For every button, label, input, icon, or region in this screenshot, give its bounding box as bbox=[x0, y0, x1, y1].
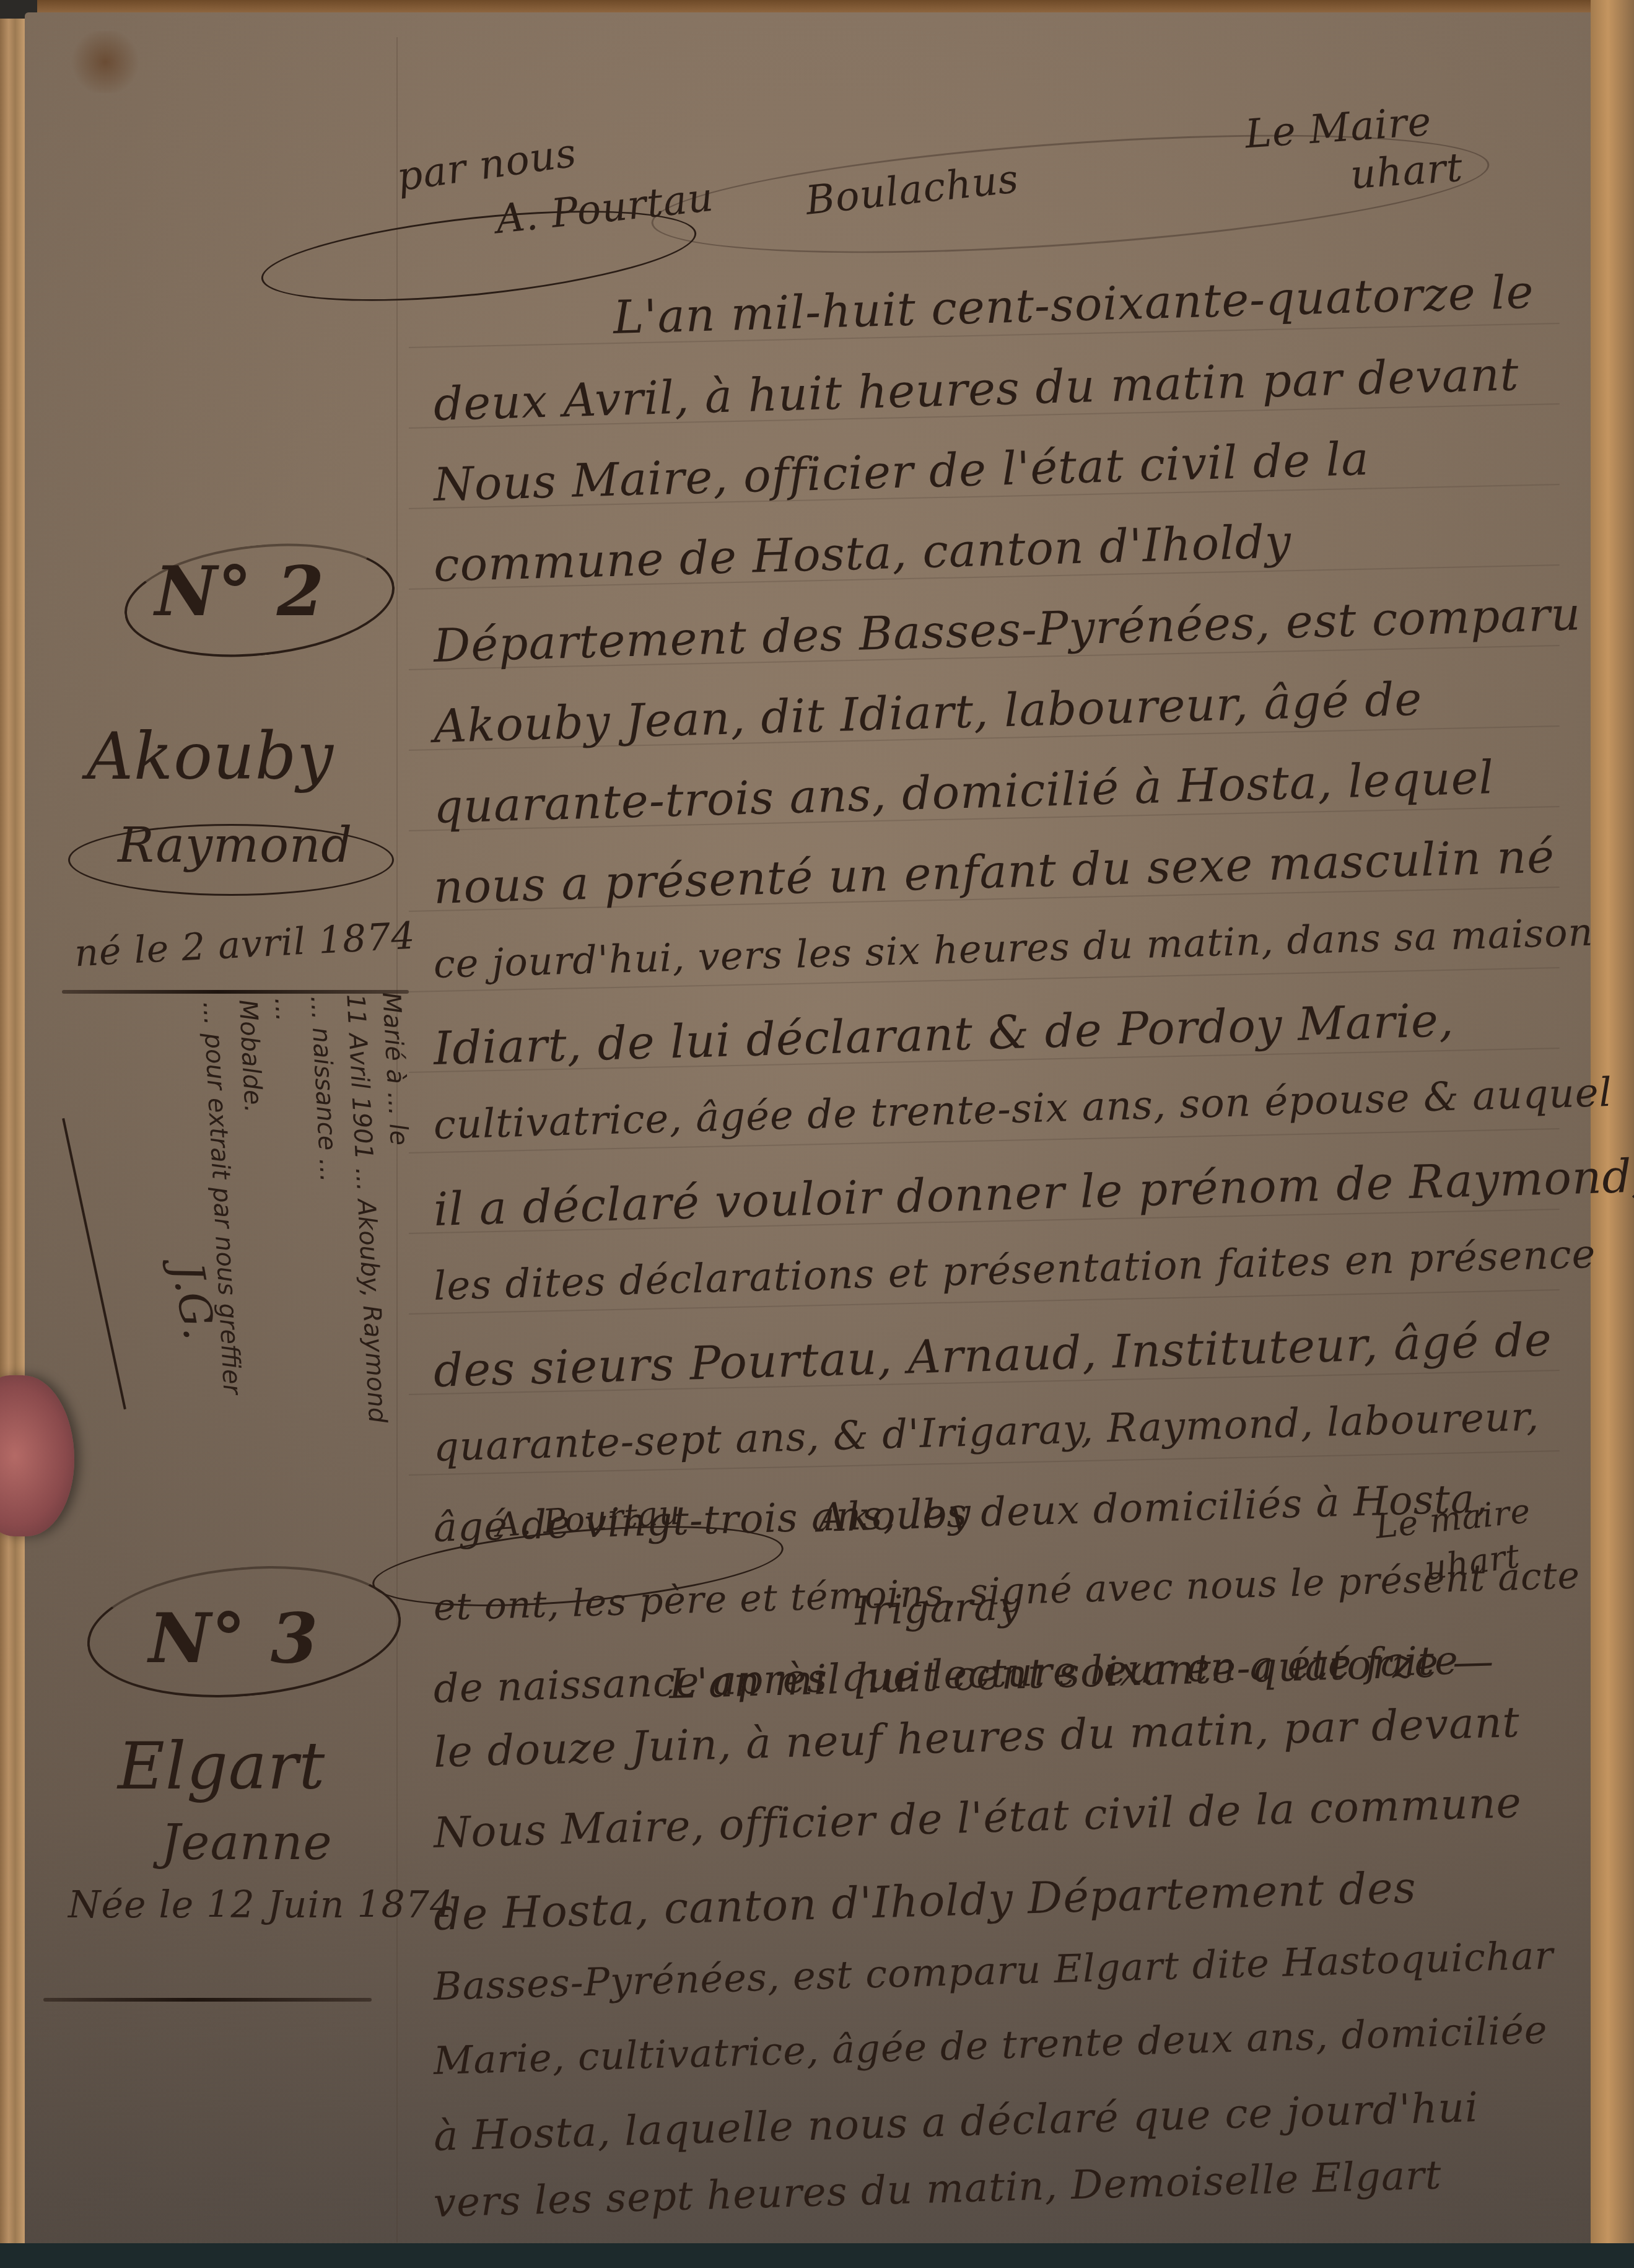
entry-number: N° 2 bbox=[155, 551, 325, 631]
right-page-edge bbox=[1591, 0, 1634, 2268]
entry-surname: Akouby bbox=[87, 719, 334, 794]
ink-stain bbox=[68, 31, 142, 93]
signature-akouby: Akouby bbox=[817, 1491, 972, 1542]
marginal-annotation: Marié à ... le 11 Avril 1901 ... Akouby,… bbox=[193, 991, 431, 1432]
entry-surname: Elgart bbox=[118, 1728, 325, 1804]
name-flourish bbox=[68, 824, 394, 896]
entry-birth-note: Née le 12 Juin 1874 bbox=[68, 1883, 454, 1927]
signature-irigaray: Irigaray bbox=[854, 1583, 1022, 1634]
background-surface bbox=[0, 2243, 1634, 2268]
entry-separator bbox=[43, 1998, 372, 2002]
entry-separator bbox=[62, 990, 409, 994]
entry-given-name: Jeanne bbox=[161, 1815, 333, 1871]
entry-number: N° 3 bbox=[149, 1598, 318, 1678]
